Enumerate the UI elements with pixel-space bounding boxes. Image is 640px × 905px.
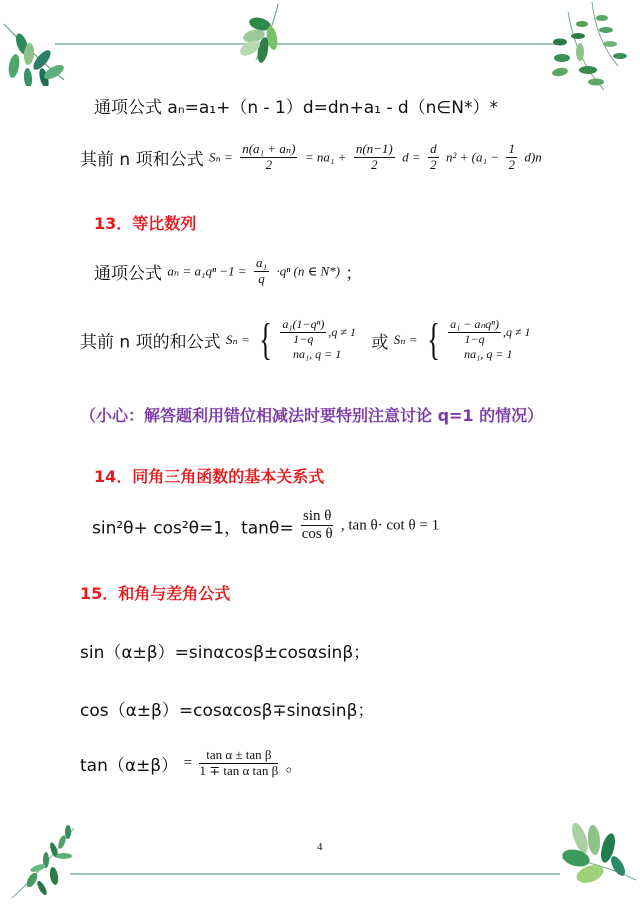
formula-part: sin²θ+ cos²θ=1，tanθ= (92, 518, 294, 538)
case-condition: ,q ≠ 1 (503, 325, 531, 340)
bottom-divider-line (70, 873, 560, 875)
arith-sum-label: 其前 n 项和公式 (80, 150, 204, 170)
geo-sum-label: 其前 n 项的和公式 (80, 333, 221, 353)
frac-denominator: cos θ (301, 526, 333, 543)
leaf-icon (558, 818, 640, 890)
formula-part: d = (402, 149, 421, 164)
or-label: 或 (371, 333, 388, 353)
left-brace: { (427, 318, 440, 362)
formula-part: d)n (524, 149, 541, 164)
section-heading-14: 14．同角三角函数的基本关系式 (94, 464, 324, 487)
frac-denominator: 2 (354, 158, 395, 173)
sin-sum-formula: sin（α±β）=sinαcosβ±cosαsinβ； (80, 638, 370, 663)
frac-numerator: a₁ (254, 256, 269, 272)
formula-part: aₙ = a₁qⁿ −1 = (167, 263, 246, 278)
frac-numerator: a₁(1−qⁿ) (280, 318, 326, 333)
arith-general-formula: aₙ=a₁+（n - 1）d=dn+a₁ - d（n∈N*）* (167, 98, 498, 118)
frac-numerator: tan α ± tan β (199, 748, 278, 764)
piecewise-cases: { a₁(1−qⁿ)1−q,q ≠ 1 na₁, q = 1 (255, 318, 356, 362)
frac-denominator: 1 ∓ tan α tan β (199, 764, 278, 779)
leaf-icon (2, 14, 68, 86)
frac-denominator: 2 (240, 158, 297, 173)
formula-part: Sₙ = (394, 332, 418, 347)
formula-part: tan（α±β） (80, 756, 178, 776)
frac-numerator: 1 (506, 142, 517, 158)
formula-part: = na₁ + (305, 149, 347, 164)
case-row: na₁, q = 1 (464, 347, 512, 362)
section-heading-13: 13．等比数列 (94, 211, 196, 234)
frac-numerator: a₁ − aₙqⁿ) (448, 318, 501, 333)
frac-denominator: 1−q (448, 333, 501, 347)
sum-lhs: Sₙ = (209, 149, 233, 164)
frac-denominator: 2 (506, 158, 517, 173)
geo-general-term: 通项公式 aₙ = a₁qⁿ −1 = a₁q ·qⁿ (n ∈ N*) ； (94, 256, 362, 287)
section-heading-15: 15．和角与差角公式 (80, 581, 230, 604)
geo-general-label: 通项公式 (94, 264, 162, 284)
cos-sum-formula: cos（α±β）=cosαcosβ∓sinαsinβ； (80, 696, 374, 721)
case-condition: ,q ≠ 1 (328, 325, 356, 340)
tan-sum-formula: tan（α±β） = tan α ± tan β1 ∓ tan α tan β … (80, 748, 303, 779)
frac-numerator: n(a₁ + aₙ) (240, 142, 297, 158)
period: 。 (286, 756, 303, 776)
arith-general-label: 通项公式 (94, 98, 162, 118)
frac-denominator: q (254, 272, 269, 287)
warning-note: （小心：解答题利用错位相减法时要特别注意讨论 q=1 的情况） (80, 403, 543, 426)
page-number: 4 (317, 841, 323, 853)
geo-sum-formula: 其前 n 项的和公式 Sₙ = { a₁(1−qⁿ)1−q,q ≠ 1 na₁,… (80, 318, 531, 362)
frac-numerator: n(n−1) (354, 142, 395, 158)
leaf-icon (8, 820, 78, 900)
leaf-icon (236, 2, 282, 66)
formula-part: Sₙ = (226, 332, 250, 347)
frac-numerator: d (428, 142, 439, 158)
formula-part: , tan θ· cot θ = 1 (341, 517, 439, 533)
formula-part: n² + (a₁ − (446, 149, 499, 164)
equals-sign: = (184, 755, 192, 771)
arith-general-term: 通项公式 aₙ=a₁+（n - 1）d=dn+a₁ - d（n∈N*）* (94, 93, 498, 118)
leaf-icon (548, 0, 638, 90)
frac-numerator: sin θ (301, 508, 333, 526)
piecewise-cases: { a₁ − aₙqⁿ)1−q,q ≠ 1 na₁, q = 1 (423, 318, 531, 362)
case-row: na₁, q = 1 (293, 347, 341, 362)
semicolon: ； (345, 264, 362, 284)
frac-denominator: 1−q (280, 333, 326, 347)
top-divider-line (55, 43, 565, 45)
trig-basic-identity: sin²θ+ cos²θ=1，tanθ= sin θcos θ , tan θ·… (92, 508, 439, 544)
frac-denominator: 2 (428, 158, 439, 173)
arith-sum-formula: 其前 n 项和公式 Sₙ = n(a₁ + aₙ)2 = na₁ + n(n−1… (80, 142, 542, 173)
left-brace: { (259, 318, 272, 362)
formula-part: ·qⁿ (n ∈ N*) (276, 263, 340, 278)
